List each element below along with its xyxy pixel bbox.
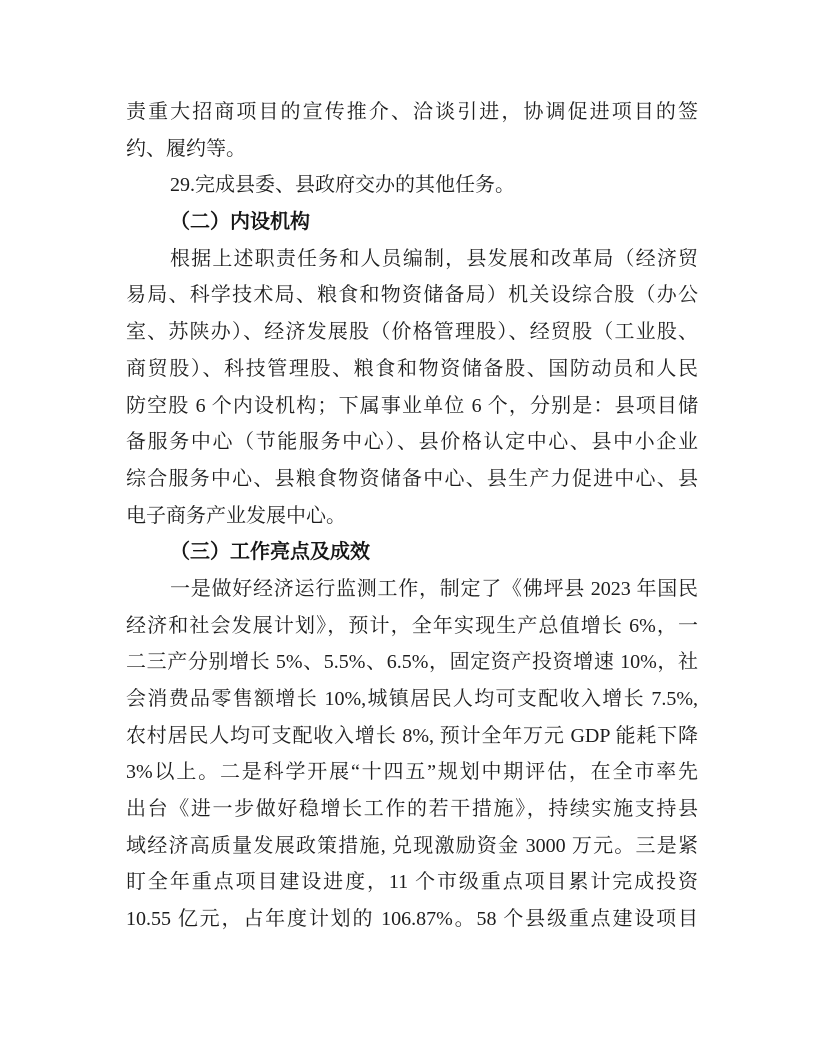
text-line: 农村居民人均可支配收入增长 8%, 预计全年万元 GDP 能耗下降: [126, 718, 698, 755]
text-line: 一是做好经济运行监测工作，制定了《佛坪县 2023 年国民: [126, 571, 698, 608]
text-line: 根据上述职责任务和人员编制，县发展和改革局（经济贸: [126, 241, 698, 278]
text-line: 防空股 6 个内设机构；下属事业单位 6 个，分别是：县项目储: [126, 388, 698, 425]
text-line: 10.55 亿元，占年度计划的 106.87%。58 个县级重点建设项目: [126, 901, 698, 938]
text-line: 盯全年重点项目建设进度，11 个市级重点项目累计完成投资: [126, 864, 698, 901]
text-line: 二三产分别增长 5%、5.5%、6.5%，固定资产投资增速 10%，社: [126, 644, 698, 681]
text-line: 约、履约等。: [126, 131, 698, 168]
text-line: 会消费品零售额增长 10%,城镇居民人均可支配收入增长 7.5%,: [126, 681, 698, 718]
text-line: 经济和社会发展计划》，预计，全年实现生产总值增长 6%，一: [126, 608, 698, 645]
text-line: 商贸股）、科技管理股、粮食和物资储备股、国防动员和人民: [126, 351, 698, 388]
document-page: 责重大招商项目的宣传推介、洽谈引进，协调促进项目的签约、履约等。29.完成县委、…: [0, 0, 816, 1056]
text-line: 3%以上。二是科学开展“十四五”规划中期评估，在全市率先: [126, 754, 698, 791]
text-line: 电子商务产业发展中心。: [126, 498, 698, 535]
document-body: 责重大招商项目的宣传推介、洽谈引进，协调促进项目的签约、履约等。29.完成县委、…: [126, 94, 698, 938]
text-line: 出台《进一步做好稳增长工作的若干措施》，持续实施支持县: [126, 791, 698, 828]
text-line: 备服务中心（节能服务中心）、县价格认定中心、县中小企业: [126, 424, 698, 461]
text-line: 易局、科学技术局、粮食和物资储备局）机关设综合股（办公: [126, 277, 698, 314]
section-heading: （三）工作亮点及成效: [126, 534, 698, 571]
text-line: 室、苏陕办）、经济发展股（价格管理股）、经贸股（工业股、: [126, 314, 698, 351]
text-line: 域经济高质量发展政策措施, 兑现激励资金 3000 万元。三是紧: [126, 828, 698, 865]
text-line: 责重大招商项目的宣传推介、洽谈引进，协调促进项目的签: [126, 94, 698, 131]
text-line: 综合服务中心、县粮食物资储备中心、县生产力促进中心、县: [126, 461, 698, 498]
section-heading: （二）内设机构: [126, 204, 698, 241]
text-line: 29.完成县委、县政府交办的其他任务。: [126, 167, 698, 204]
